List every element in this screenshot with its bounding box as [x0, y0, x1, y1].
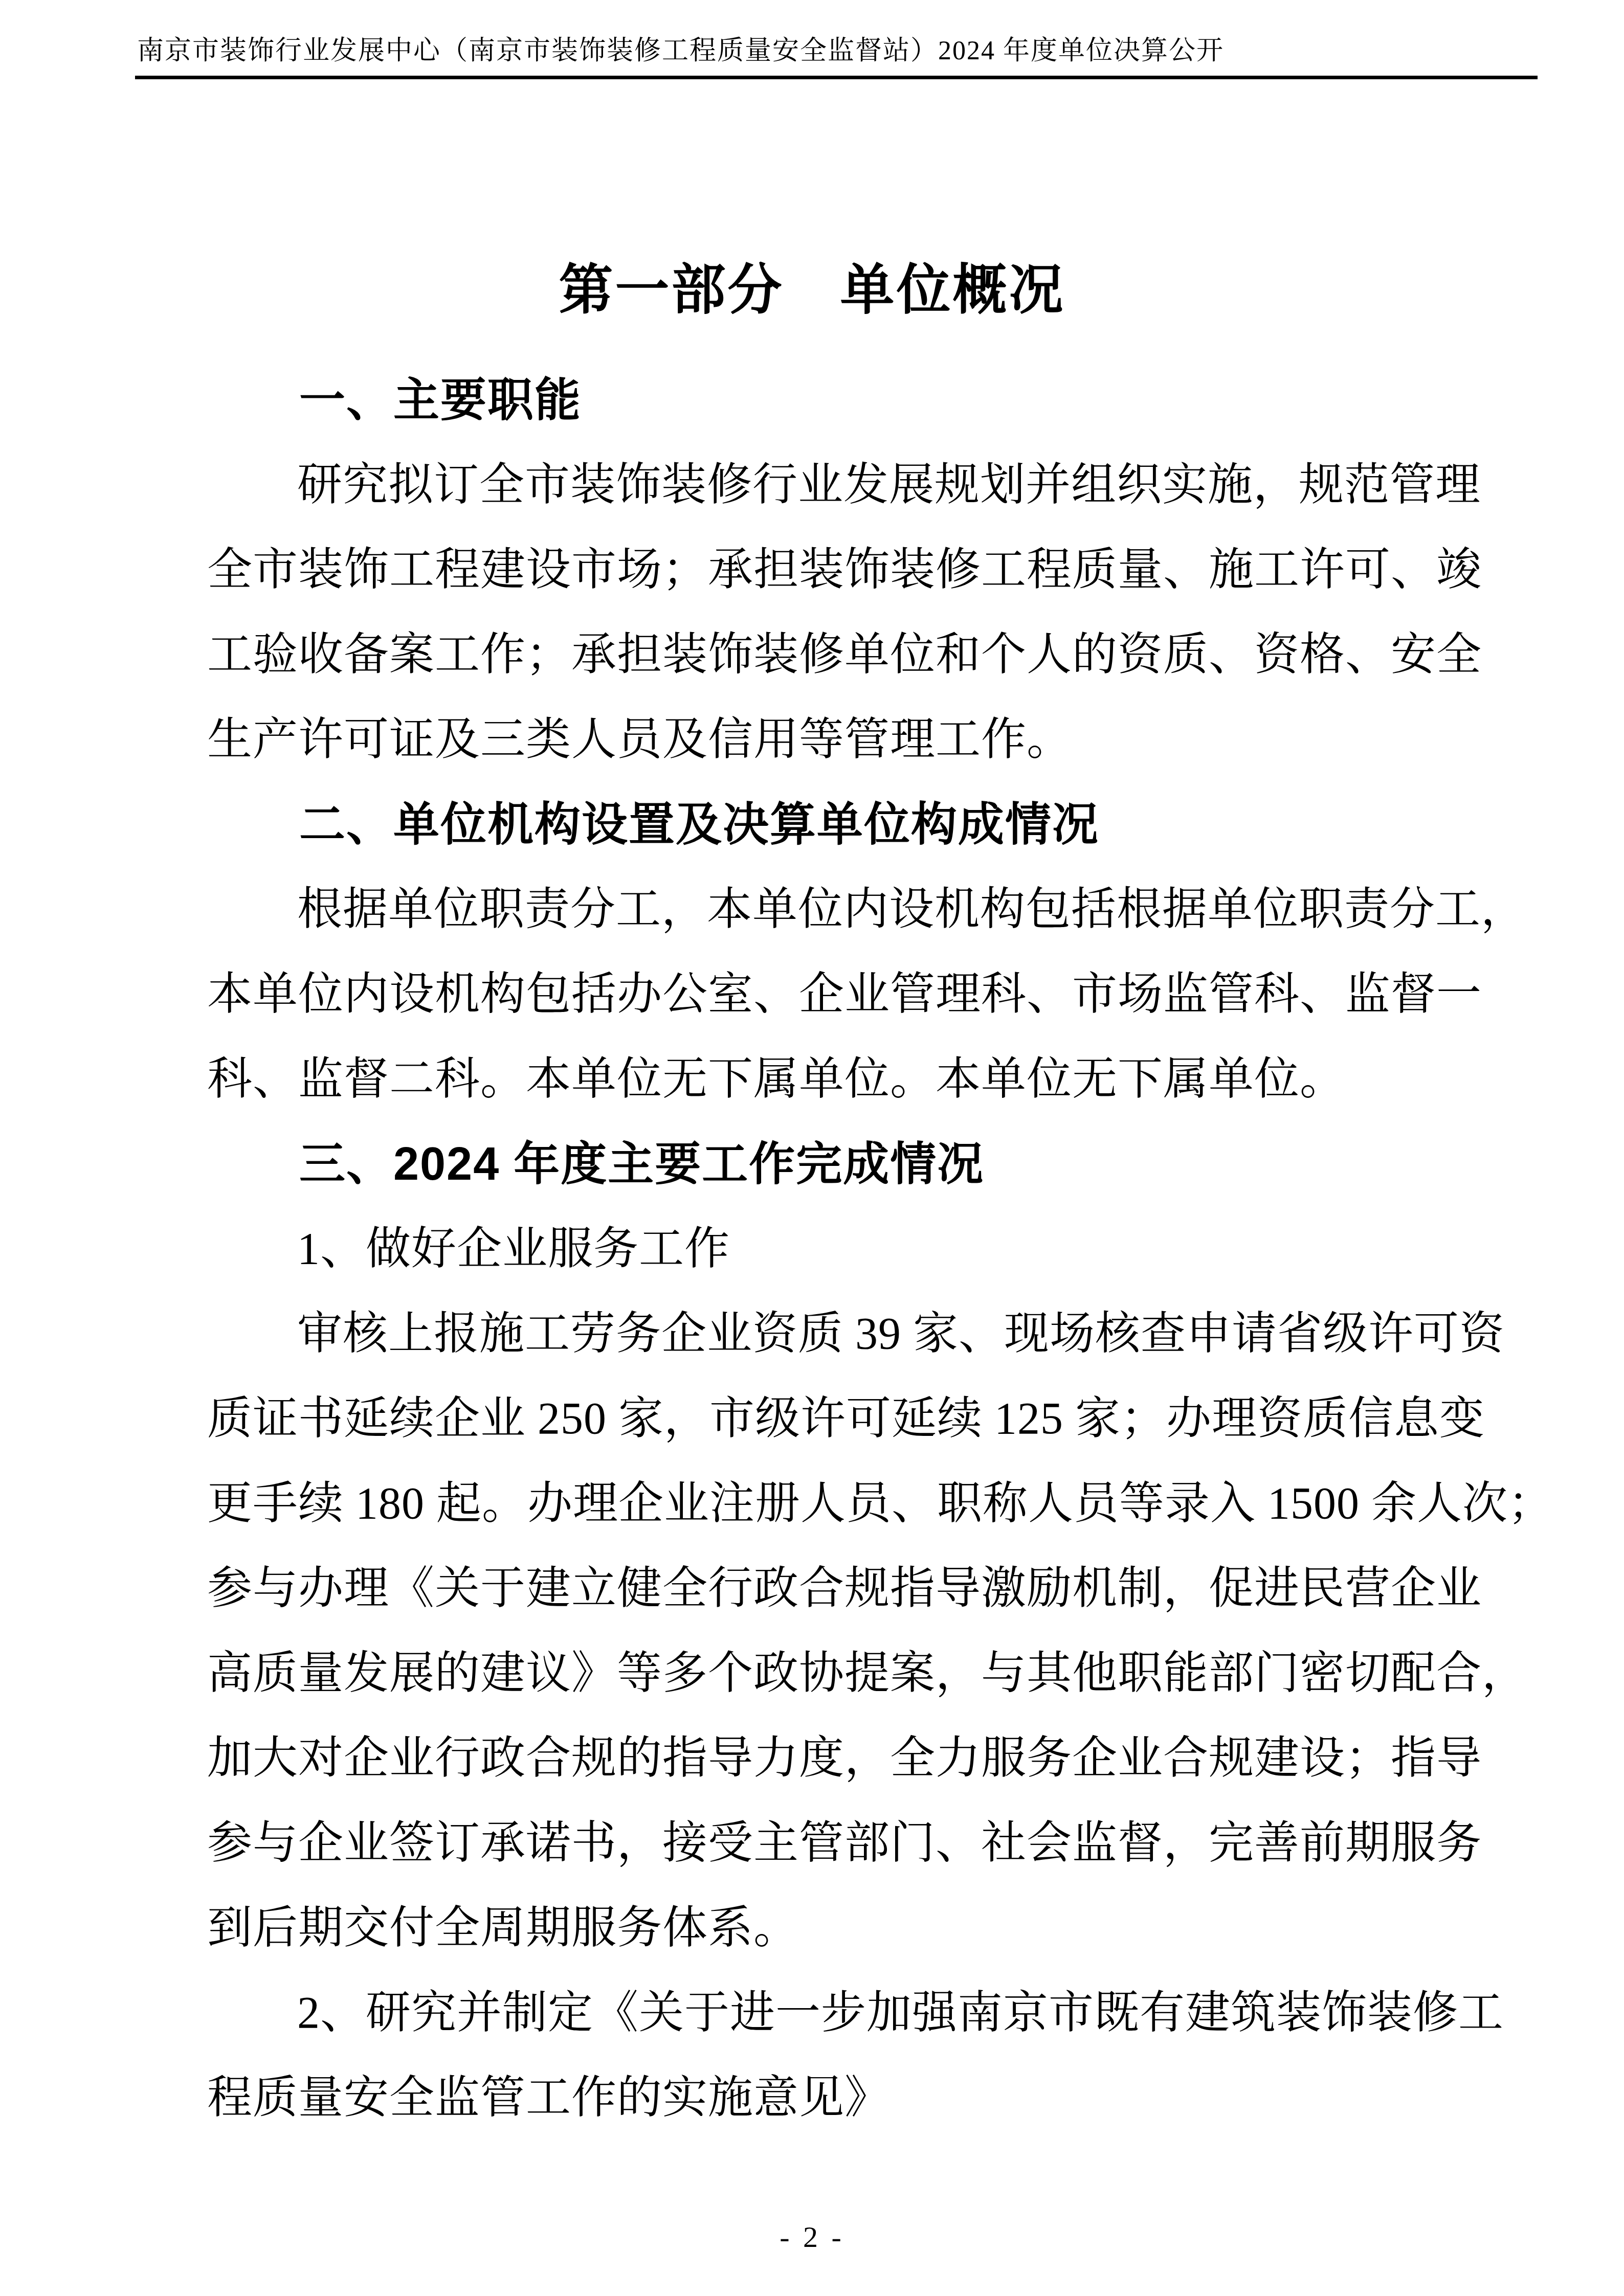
body-text-line: 科、监督二科。本单位无下属单位。本单位无下属单位。: [207, 1037, 1465, 1122]
body-text-line: 研究拟订全市装饰装修行业发展规划并组织实施，规范管理: [207, 443, 1465, 528]
body-text-line: 全市装饰工程建设市场；承担装饰装修工程质量、施工许可、竣: [207, 528, 1465, 613]
body-text-line: 本单位内设机构包括办公室、企业管理科、市场监管科、监督一: [207, 952, 1465, 1037]
body-text-line: 程质量安全监管工作的实施意见》: [207, 2056, 1465, 2141]
section-heading: 一、主要职能: [207, 358, 1465, 443]
body-text-line: 参与办理《关于建立健全行政合规指导激励机制，促进民营企业: [207, 1546, 1465, 1631]
document-title: 第一部分 单位概况: [0, 255, 1624, 326]
body-text-line: 质证书延续企业 250 家，市级许可延续 125 家；办理资质信息变: [207, 1377, 1465, 1461]
section-heading: 二、单位机构设置及决算单位构成情况: [207, 782, 1465, 867]
body-text-line: 1、做好企业服务工作: [207, 1207, 1465, 1292]
body-text-line: 根据单位职责分工，本单位内设机构包括根据单位职责分工，: [207, 867, 1465, 952]
header-divider-rule: [135, 76, 1538, 79]
document-page: 南京市装饰行业发展中心（南京市装饰装修工程质量安全监督站）2024 年度单位决算…: [0, 0, 1624, 2296]
document-content: 一、主要职能研究拟订全市装饰装修行业发展规划并组织实施，规范管理全市装饰工程建设…: [207, 358, 1465, 2141]
body-text-line: 加大对企业行政合规的指导力度，全力服务企业合规建设；指导: [207, 1716, 1465, 1801]
body-text-line: 生产许可证及三类人员及信用等管理工作。: [207, 697, 1465, 782]
body-text-line: 参与企业签订承诺书，接受主管部门、社会监督，完善前期服务: [207, 1801, 1465, 1886]
section-heading: 三、2024 年度主要工作完成情况: [207, 1122, 1465, 1207]
body-text-line: 更手续 180 起。办理企业注册人员、职称人员等录入 1500 余人次；: [207, 1461, 1465, 1546]
body-text-line: 工验收备案工作；承担装饰装修单位和个人的资质、资格、安全: [207, 613, 1465, 697]
page-footer: - 2 -: [0, 2219, 1624, 2255]
body-text-line: 审核上报施工劳务企业资质 39 家、现场核查申请省级许可资: [207, 1292, 1465, 1377]
body-text-line: 到后期交付全周期服务体系。: [207, 1886, 1465, 1971]
page-header-text: 南京市装饰行业发展中心（南京市装饰装修工程质量安全监督站）2024 年度单位决算…: [137, 36, 1224, 66]
body-text-line: 高质量发展的建议》等多个政协提案，与其他职能部门密切配合，: [207, 1631, 1465, 1716]
page-number: - 2 -: [780, 2220, 844, 2254]
body-text-line: 2、研究并制定《关于进一步加强南京市既有建筑装饰装修工: [207, 1971, 1465, 2056]
